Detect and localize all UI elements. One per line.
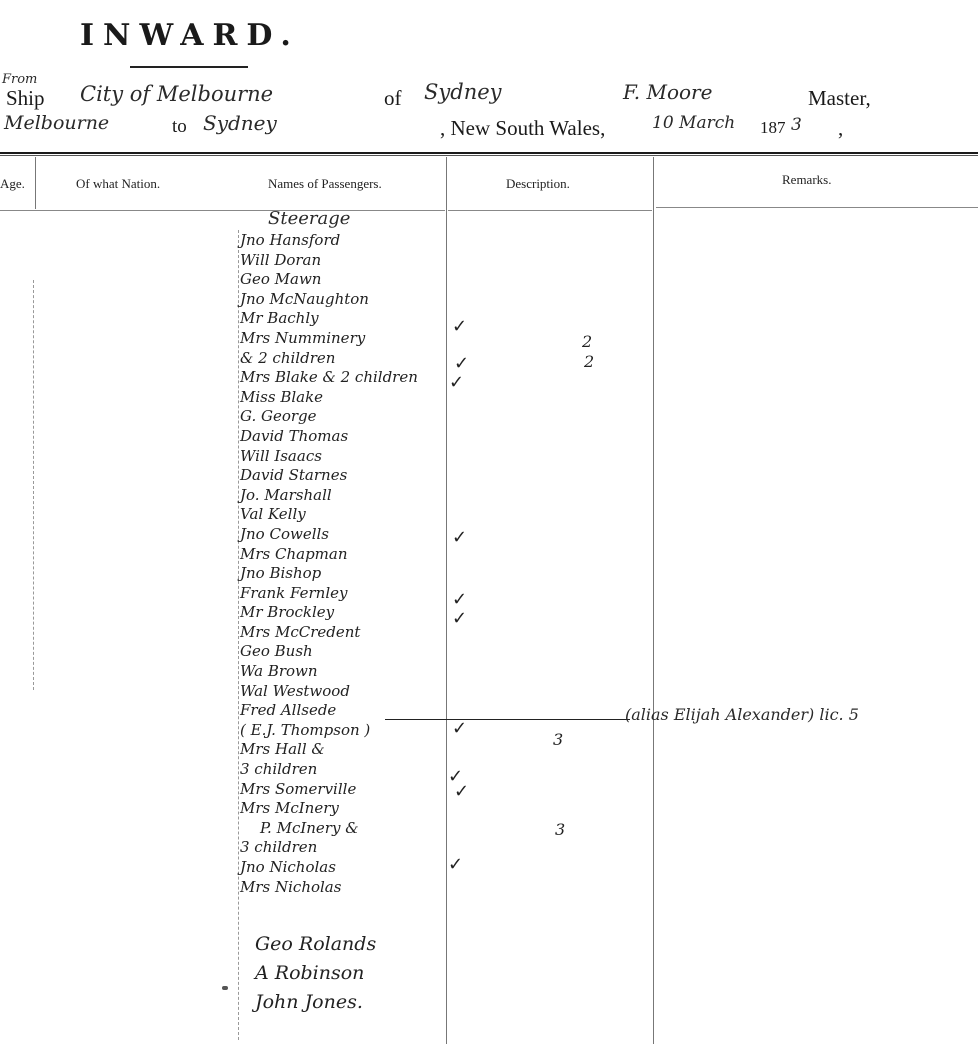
column-names: Names of Passengers.	[268, 176, 382, 192]
remark-thompson-alias: (alias Elijah Alexander) lic. 5	[625, 705, 859, 724]
description-count: 3	[553, 730, 563, 749]
from-port: Melbourne	[4, 112, 109, 134]
passenger-name: Mrs Nicholas	[240, 878, 450, 898]
header-bottom-rule-desc	[448, 210, 652, 211]
passenger-name: 3 children	[240, 838, 450, 858]
column-remarks: Remarks.	[782, 172, 831, 188]
check-mark-icon: ✓	[452, 718, 467, 739]
form-title: INWARD.	[80, 18, 300, 53]
section-label-steerage: Steerage	[268, 208, 350, 229]
to-port: Sydney	[203, 111, 277, 135]
passenger-name: Jno Cowells	[240, 525, 450, 545]
header-rule	[0, 152, 978, 154]
ship-name: City of Melbourne	[80, 82, 273, 106]
check-mark-icon: ✓	[452, 589, 467, 610]
to-label: to	[172, 116, 187, 138]
passenger-name: Jno Nicholas	[240, 858, 450, 878]
passenger-name: Mr Brockley	[240, 603, 450, 623]
header-bottom-rule-remarks	[656, 207, 978, 208]
check-mark-icon: ✓	[454, 353, 469, 374]
header-bottom-rule-left	[0, 210, 445, 211]
check-mark-icon: ✓	[452, 527, 467, 548]
passenger-name: Mrs Somerville	[240, 780, 450, 800]
passenger-name: Mrs Numminery	[240, 329, 450, 349]
passenger-name: Mrs McCredent	[240, 623, 450, 643]
passenger-name: ( E.J. Thompson )	[240, 721, 450, 741]
header-rule-thin	[0, 155, 978, 156]
check-mark-icon: ✓	[449, 372, 464, 393]
master-name: F. Moore	[623, 80, 712, 104]
check-mark-icon: ✓	[452, 608, 467, 629]
description-count: 2	[584, 352, 594, 371]
column-nation: Of what Nation.	[76, 176, 160, 192]
passenger-name: P. McInery &	[240, 819, 450, 839]
description-count: 3	[555, 820, 565, 839]
passenger-name: Jno McNaughton	[240, 290, 450, 310]
passenger-name: Jo. Marshall	[240, 486, 450, 506]
passenger-name: Frank Fernley	[240, 584, 450, 604]
column-age: Age.	[0, 176, 25, 192]
from-prefix: From	[2, 72, 37, 87]
of-label: of	[384, 86, 402, 111]
column-guide	[33, 280, 34, 690]
passenger-name: Wa Brown	[240, 662, 450, 682]
passenger-name: David Starnes	[240, 466, 450, 486]
check-mark-icon: ✓	[454, 781, 469, 802]
passenger-name: David Thomas	[240, 427, 450, 447]
passenger-name: Geo Rolands	[255, 930, 376, 959]
column-description: Description.	[506, 176, 570, 192]
description-count: 2	[582, 332, 592, 351]
year-prefix: 187	[760, 118, 786, 138]
passenger-name: Mrs Hall &	[240, 740, 450, 760]
ship-label: Ship	[6, 86, 45, 111]
passenger-name: Fred Allsede	[240, 701, 450, 721]
column-divider	[35, 157, 36, 209]
passenger-name: Miss Blake	[240, 388, 450, 408]
column-guide	[238, 230, 239, 1040]
passenger-name: Mrs Blake & 2 children	[240, 368, 450, 388]
arrival-date: 10 March	[652, 113, 735, 133]
passenger-name: Val Kelly	[240, 505, 450, 525]
passenger-name: Jno Bishop	[240, 564, 450, 584]
passenger-name: Wal Westwood	[240, 682, 450, 702]
passenger-name: John Jones.	[255, 988, 376, 1017]
state-label: , New South Wales,	[440, 116, 605, 141]
title-underline	[130, 66, 248, 68]
passenger-name: Jno Hansford	[240, 231, 450, 251]
passenger-name: Mrs Chapman	[240, 545, 450, 565]
passenger-name: & 2 children	[240, 349, 450, 369]
column-divider	[653, 157, 654, 1044]
ink-mark	[222, 986, 228, 990]
passenger-name: Will Isaacs	[240, 447, 450, 467]
passenger-name: A Robinson	[255, 959, 376, 988]
master-label: Master,	[808, 86, 871, 111]
passenger-name: Will Doran	[240, 251, 450, 271]
passenger-name: G. George	[240, 407, 450, 427]
passenger-name: Mrs McInery	[240, 799, 450, 819]
passenger-name: Geo Bush	[240, 642, 450, 662]
port-of-registry: Sydney	[424, 80, 502, 104]
passenger-name: Geo Mawn	[240, 270, 450, 290]
passenger-name: 3 children	[240, 760, 450, 780]
year-digit: 3	[791, 115, 802, 135]
check-mark-icon: ✓	[452, 316, 467, 337]
passenger-name: Mr Bachly	[240, 309, 450, 329]
trailing-comma: ,	[838, 116, 843, 141]
late-passenger-list: Geo Rolands A Robinson John Jones.	[255, 930, 376, 1017]
check-mark-icon: ✓	[448, 854, 463, 875]
passenger-list: Jno Hansford Will Doran Geo Mawn Jno McN…	[240, 231, 450, 897]
alias-connector-line	[385, 719, 630, 720]
